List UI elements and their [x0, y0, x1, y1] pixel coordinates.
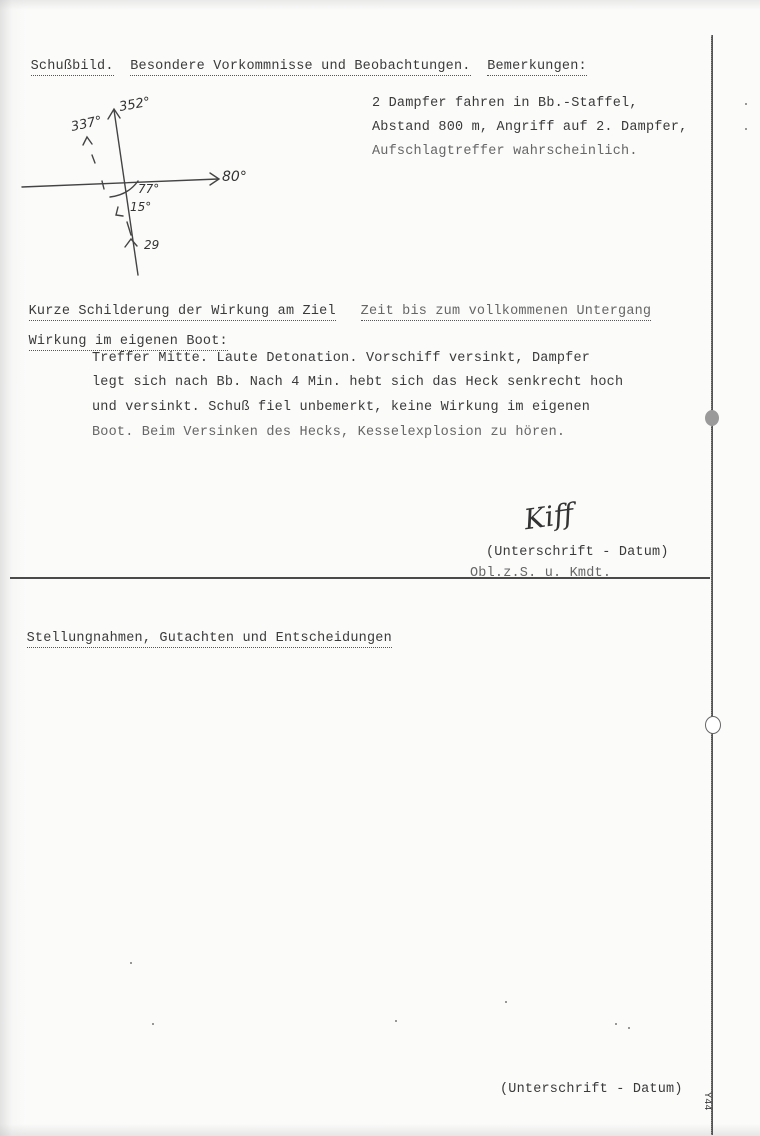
remarks-line: Abstand 800 m, Angriff auf 2. Dampfer,: [372, 120, 687, 135]
header-bemerkungen: Bemerkungen:: [487, 59, 587, 76]
paper-speck: [615, 1023, 617, 1025]
paper-speck: [628, 1027, 630, 1029]
label-own-boat-row: Wirkung im eigenen Boot:: [12, 319, 228, 349]
punch-hole-empty: [705, 716, 721, 734]
effect-line: Treffer Mitte. Laute Detonation. Vorschi…: [92, 351, 590, 366]
effect-line: Boot. Beim Versinken des Hecks, Kesselex…: [92, 425, 565, 440]
label-15: 15°: [130, 200, 151, 214]
review-heading-row: Stellungnahmen, Gutachten und Entscheidu…: [10, 616, 392, 646]
margin-rule: [711, 35, 713, 1135]
remarks-line: Aufschlagtreffer wahrscheinlich.: [372, 144, 638, 159]
paper-speck: [505, 1001, 507, 1003]
remarks-line: 2 Dampfer fahren in Bb.-Staffel,: [372, 96, 638, 111]
label-own-boat: Wirkung im eigenen Boot:: [29, 334, 228, 351]
label-337: 337°: [70, 114, 104, 135]
paper-speck: [395, 1020, 397, 1022]
punch-hole-filled: [705, 410, 719, 426]
effect-label-row: Kurze Schilderung der Wirkung am Ziel Ze…: [12, 289, 651, 319]
header-schussbild: Schußbild.: [31, 59, 114, 76]
paper-speck: [130, 962, 132, 964]
paper-speck: [152, 1023, 154, 1025]
effect-line: legt sich nach Bb. Nach 4 Min. hebt sich…: [92, 375, 623, 390]
review-signature-caption: (Unterschrift - Datum): [500, 1082, 683, 1097]
paper-speck: [745, 128, 747, 130]
commander-signature: Kiff: [522, 497, 576, 537]
form-header: Schußbild. Besondere Vorkommnisse und Be…: [14, 44, 587, 74]
label-352: 352°: [118, 95, 151, 115]
label-time-to-sink: Zeit bis zum vollkommenen Untergang: [361, 304, 652, 321]
label-80: 80°: [222, 169, 247, 185]
paper-speck: [745, 103, 747, 105]
review-heading: Stellungnahmen, Gutachten und Entscheidu…: [27, 631, 392, 648]
header-vorkommnisse: Besondere Vorkommnisse und Beobachtungen…: [130, 59, 470, 76]
effect-line: und versinkt. Schuß fiel unbemerkt, kein…: [92, 400, 590, 415]
signature-caption: (Unterschrift - Datum): [486, 545, 669, 560]
label-77: 77°: [138, 182, 159, 196]
firing-diagram: 337° 352° 80° 77° 15° 29: [10, 85, 270, 285]
section-divider: [10, 577, 710, 579]
margin-note: Y44: [701, 1092, 712, 1111]
label-torpedo-number: 29: [144, 238, 159, 252]
